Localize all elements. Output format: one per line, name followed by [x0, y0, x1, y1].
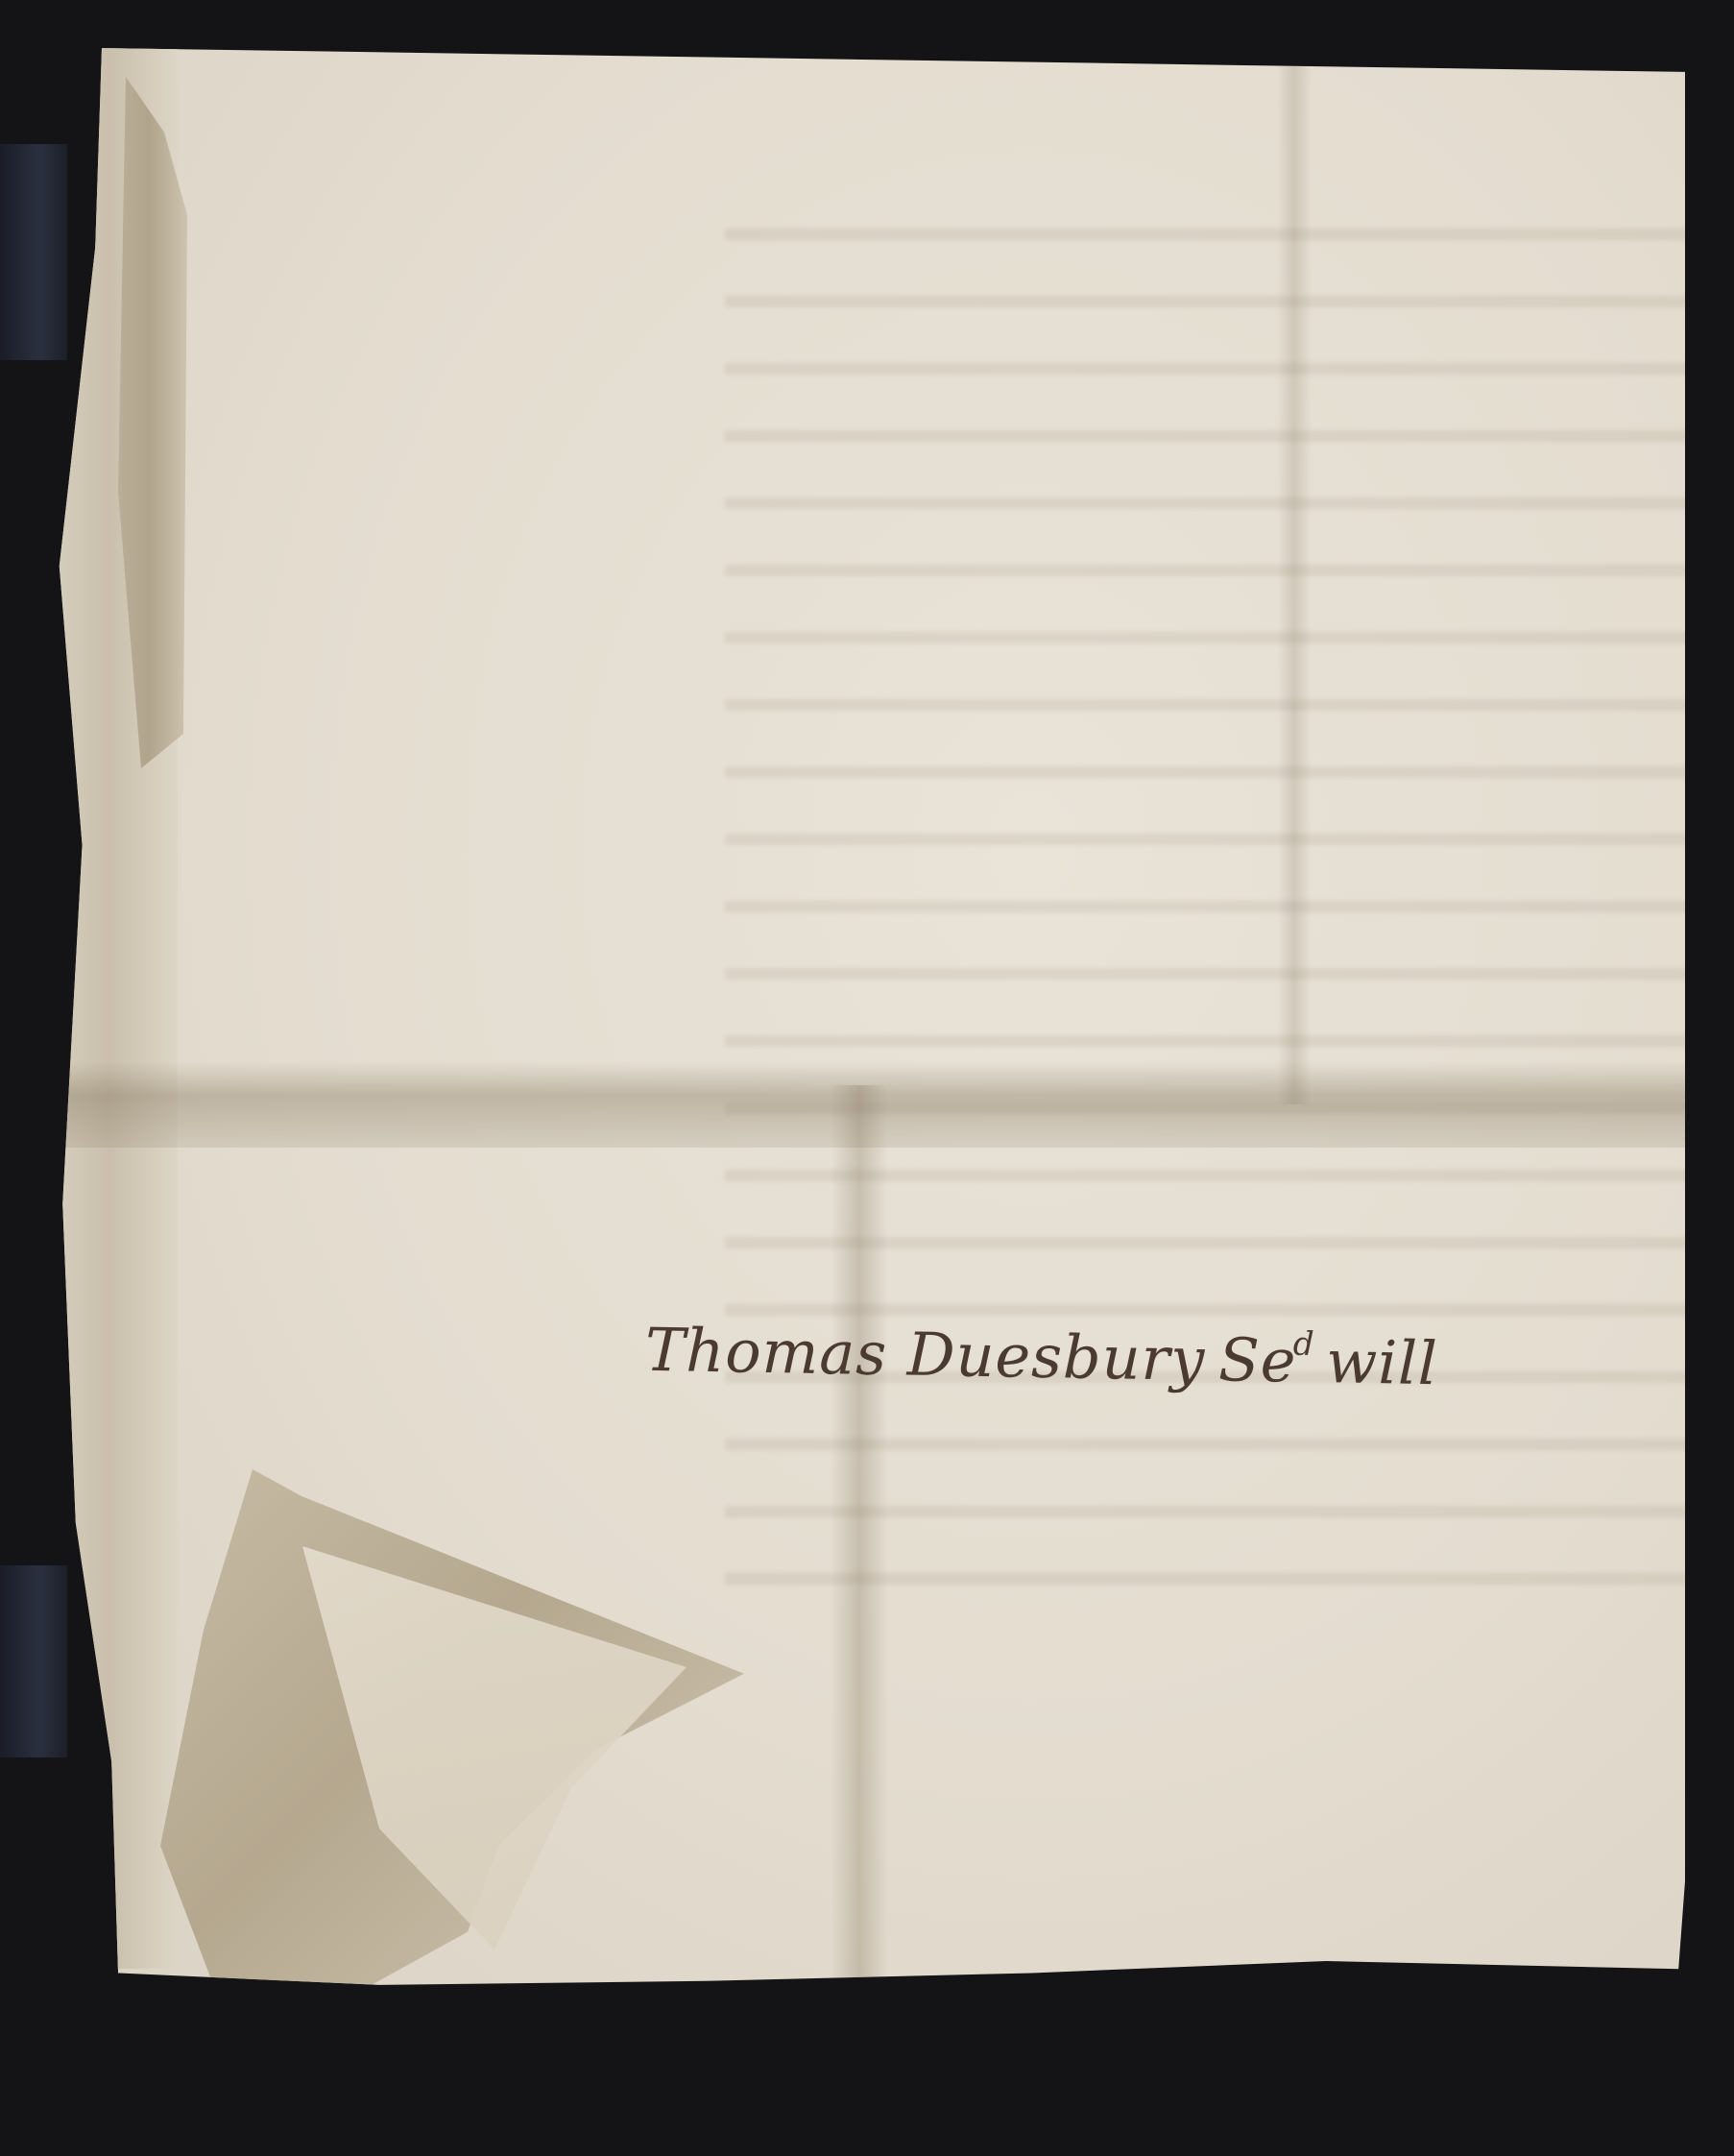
endorsement-inscription: Thomas DuesburySedwill: [644, 1314, 1438, 1398]
vertical-fold-crease-upper: [1277, 48, 1312, 1104]
bleed-through-text: [725, 173, 1704, 1613]
endorsement-abbreviation: Se: [1218, 1324, 1297, 1395]
endorsement-name: Thomas Duesbury: [644, 1315, 1206, 1394]
left-stained-flap: [110, 77, 187, 768]
endorsement-word: will: [1326, 1326, 1439, 1398]
torn-corner-flap: [130, 1469, 744, 2007]
vertical-fold-crease-lower: [831, 1085, 888, 2036]
torn-corner-inner: [302, 1546, 686, 1950]
binding-tab-bottom: [0, 1565, 67, 1757]
document-sheet: Thomas DuesburySedwill: [53, 48, 1685, 2041]
endorsement-superscript: d: [1292, 1325, 1314, 1364]
binding-tab-top: [0, 144, 67, 360]
horizontal-fold-crease: [53, 1061, 1685, 1148]
left-folded-edge: [53, 48, 178, 1969]
